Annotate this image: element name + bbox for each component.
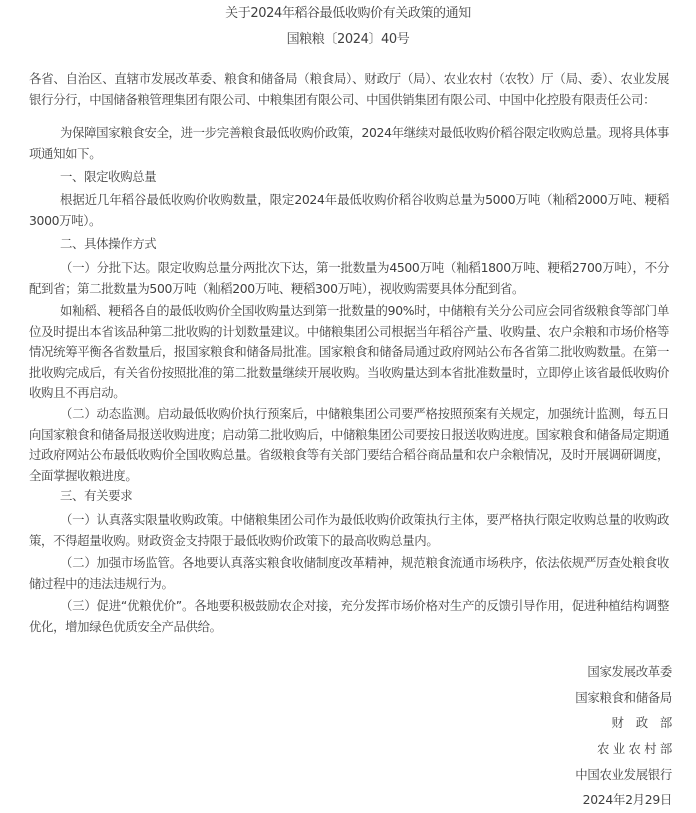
section-1-heading: 一、限定收购总量: [29, 167, 669, 188]
document-number: 国粮粮〔2024〕40号: [0, 31, 696, 49]
section-3-heading: 三、有关要求: [29, 486, 669, 507]
section-3-item-2: （二）加强市场监管。各地要认真落实粮食收储制度改革精神，规范粮食流通市场秩序，依…: [29, 553, 669, 594]
intro-paragraph: 为保障国家粮食安全，进一步完善粮食最低收购价政策，2024年继续对最低收购价稻谷…: [29, 123, 669, 164]
signature-ministry-of-finance: 财 政 部: [612, 714, 672, 732]
section-3-item-3: （三）促进“优粮优价”。各地要积极鼓励农企对接，充分发挥市场价格对生产的反馈引导…: [29, 596, 669, 637]
signature-ministry-of-agriculture: 农 业 农 村 部: [597, 740, 672, 758]
section-2-item-1: （一）分批下达。限定收购总量分两批次下达，第一批数量为4500万吨（籼稻1800…: [29, 258, 669, 299]
document-date: 2024年2月29日: [583, 791, 672, 809]
section-3-item-1: （一）认真落实限量收购政策。中储粮集团公司作为最低收购价政策执行主体，要严格执行…: [29, 510, 669, 551]
section-1-text: 根据近几年稻谷最低收购价收购数量，限定2024年最低收购价稻谷收购总量为5000…: [29, 190, 669, 231]
document-title: 关于2024年稻谷最低收购价有关政策的通知: [0, 5, 696, 23]
signature-ndrc: 国家发展改革委: [587, 663, 672, 681]
signature-grain-reserves-bureau: 国家粮食和储备局: [575, 689, 672, 707]
section-2-item-2: （二）动态监测。启动最低收购价执行预案后，中储粮集团公司要严格按照预案有关规定，…: [29, 404, 669, 486]
section-2-heading: 二、具体操作方式: [29, 234, 669, 255]
signature-agricultural-development-bank: 中国农业发展银行: [575, 766, 672, 784]
notice-document: 关于2024年稻谷最低收购价有关政策的通知 国粮粮〔2024〕40号 各省、自治…: [0, 0, 696, 813]
addressees: 各省、自治区、直辖市发展改革委、粮食和储备局（粮食局）、财政厅（局）、农业农村（…: [29, 69, 669, 110]
section-2-item-1-continued: 如籼稻、粳稻各自的最低收购价全国收购量达到第一批数量的90%时，中储粮有关分公司…: [29, 301, 669, 404]
